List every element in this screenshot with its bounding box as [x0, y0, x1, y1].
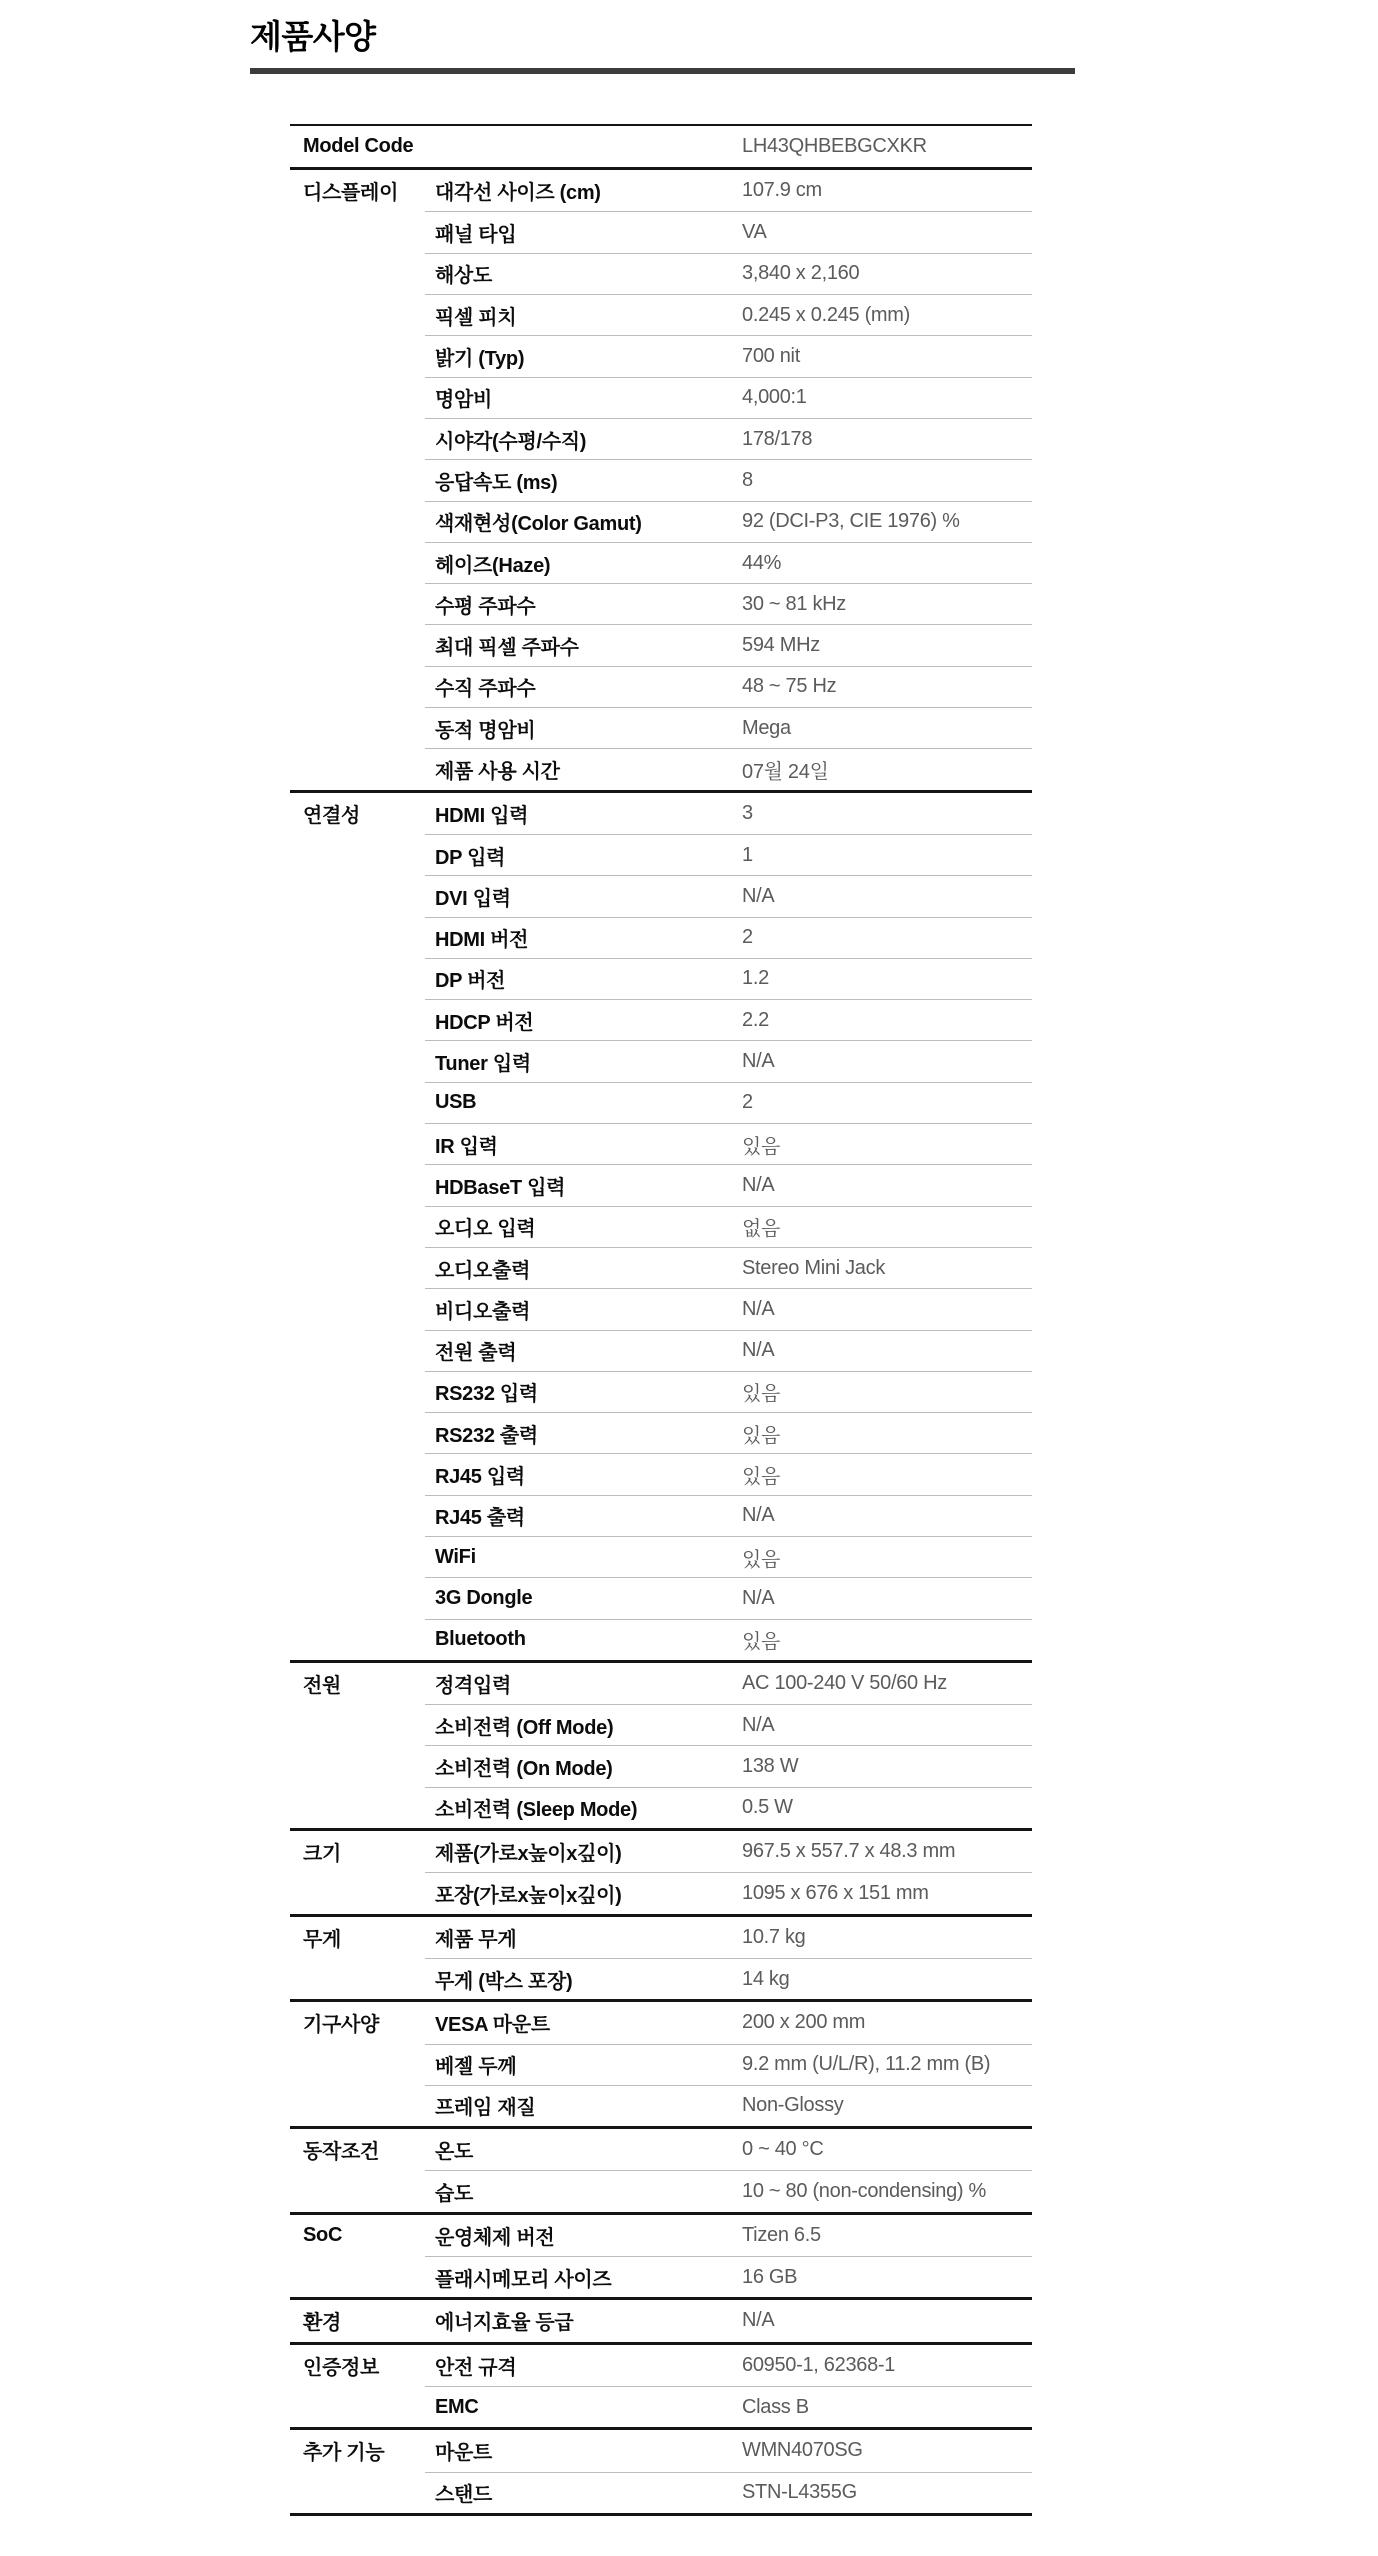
spec-value: 2	[742, 1082, 1032, 1123]
section-name	[290, 707, 425, 748]
spec-row: 비디오출력N/A	[290, 1288, 1032, 1329]
spec-value: 92 (DCI-P3, CIE 1976) %	[742, 501, 1032, 542]
spec-value: 1095 x 676 x 151 mm	[742, 1872, 1032, 1913]
spec-row: Bluetooth있음	[290, 1619, 1032, 1660]
spec-row: 소비전력 (Sleep Mode)0.5 W	[290, 1787, 1032, 1828]
section-name: 인증정보	[290, 2345, 425, 2386]
section-name	[290, 2170, 425, 2211]
spec-row: EMCClass B	[290, 2386, 1032, 2427]
spec-label: 제품 사용 시간	[425, 748, 742, 789]
spec-value: 594 MHz	[742, 624, 1032, 665]
spec-label: RJ45 입력	[425, 1453, 742, 1494]
spec-row: 오디오 입력없음	[290, 1206, 1032, 1247]
spec-label: 색재현성(Color Gamut)	[425, 501, 742, 542]
spec-label: 소비전력 (Off Mode)	[425, 1704, 742, 1745]
spec-value: N/A	[742, 1040, 1032, 1081]
spec-section: 연결성HDMI 입력3DP 입력1DVI 입력N/AHDMI 버전2DP 버전1…	[290, 790, 1032, 1660]
section-name: 디스플레이	[290, 170, 425, 211]
spec-row: 소비전력 (On Mode)138 W	[290, 1745, 1032, 1786]
section-name	[290, 2044, 425, 2085]
spec-value: 14 kg	[742, 1958, 1032, 1999]
spec-value: AC 100-240 V 50/60 Hz	[742, 1663, 1032, 1704]
spec-value: 44%	[742, 542, 1032, 583]
section-name	[290, 2256, 425, 2297]
spec-row: 전원 출력N/A	[290, 1330, 1032, 1371]
page-title: 제품사양	[250, 16, 1378, 59]
spec-value: 2.2	[742, 999, 1032, 1040]
spec-row: 동작조건온도0 ~ 40 °C	[290, 2129, 1032, 2170]
spec-label: 오디오출력	[425, 1247, 742, 1288]
section-name	[290, 418, 425, 459]
section-name	[290, 748, 425, 789]
spec-section: 디스플레이대각선 사이즈 (cm)107.9 cm패널 타입VA해상도3,840…	[290, 167, 1032, 789]
spec-label: 시야각(수평/수직)	[425, 418, 742, 459]
spec-value: 107.9 cm	[742, 170, 1032, 211]
spec-row: 동적 명암비Mega	[290, 707, 1032, 748]
spec-row: 프레임 재질Non-Glossy	[290, 2085, 1032, 2126]
spec-row: 디스플레이대각선 사이즈 (cm)107.9 cm	[290, 170, 1032, 211]
section-name	[290, 501, 425, 542]
section-name	[290, 958, 425, 999]
spec-value: N/A	[742, 2300, 1032, 2341]
spec-value: 있음	[742, 1123, 1032, 1164]
section-name: Model Code	[290, 126, 425, 167]
spec-value: 있음	[742, 1371, 1032, 1412]
spec-label: WiFi	[425, 1536, 742, 1577]
section-name	[290, 1619, 425, 1660]
spec-label: 정격입력	[425, 1663, 742, 1704]
spec-value: N/A	[742, 1495, 1032, 1536]
spec-section: 기구사양VESA 마운트200 x 200 mm베젤 두께9.2 mm (U/L…	[290, 1999, 1032, 2126]
section-name	[290, 1082, 425, 1123]
spec-value: 0.245 x 0.245 (mm)	[742, 294, 1032, 335]
spec-row: 전원정격입력AC 100-240 V 50/60 Hz	[290, 1663, 1032, 1704]
spec-value: STN-L4355G	[742, 2472, 1032, 2513]
spec-label: HDCP 버전	[425, 999, 742, 1040]
spec-label: 해상도	[425, 253, 742, 294]
section-name	[290, 1412, 425, 1453]
spec-value: 10 ~ 80 (non-condensing) %	[742, 2170, 1032, 2211]
spec-label: 픽셀 피치	[425, 294, 742, 335]
spec-label: 3G Dongle	[425, 1577, 742, 1618]
section-name: 무게	[290, 1917, 425, 1958]
spec-value: WMN4070SG	[742, 2430, 1032, 2471]
spec-row: DVI 입력N/A	[290, 875, 1032, 916]
spec-value: 9.2 mm (U/L/R), 11.2 mm (B)	[742, 2044, 1032, 2085]
spec-value: 0.5 W	[742, 1787, 1032, 1828]
spec-row: 포장(가로x높이x깊이)1095 x 676 x 151 mm	[290, 1872, 1032, 1913]
section-name	[290, 335, 425, 376]
spec-label: RS232 출력	[425, 1412, 742, 1453]
spec-label: 비디오출력	[425, 1288, 742, 1329]
spec-label: Tuner 입력	[425, 1040, 742, 1081]
spec-section: 추가 기능마운트WMN4070SG스탠드STN-L4355G	[290, 2427, 1032, 2513]
spec-row: RJ45 출력N/A	[290, 1495, 1032, 1536]
section-name	[290, 2386, 425, 2427]
section-name: 연결성	[290, 793, 425, 834]
spec-label: 습도	[425, 2170, 742, 2211]
spec-row: 기구사양VESA 마운트200 x 200 mm	[290, 2002, 1032, 2043]
spec-label: DP 입력	[425, 834, 742, 875]
spec-row: 명암비4,000:1	[290, 377, 1032, 418]
spec-row: 제품 사용 시간07월 24일	[290, 748, 1032, 789]
spec-label: RJ45 출력	[425, 1495, 742, 1536]
spec-value: Non-Glossy	[742, 2085, 1032, 2126]
spec-value: 8	[742, 459, 1032, 500]
spec-label: 제품 무게	[425, 1917, 742, 1958]
spec-section: 크기제품(가로x높이x깊이)967.5 x 557.7 x 48.3 mm포장(…	[290, 1828, 1032, 1914]
spec-label: 프레임 재질	[425, 2085, 742, 2126]
spec-section: SoC운영체제 버전Tizen 6.5플래시메모리 사이즈16 GB	[290, 2212, 1032, 2298]
section-name	[290, 999, 425, 1040]
spec-value: 48 ~ 75 Hz	[742, 666, 1032, 707]
spec-label: VESA 마운트	[425, 2002, 742, 2043]
spec-row: RS232 출력있음	[290, 1412, 1032, 1453]
spec-row: 인증정보안전 규격60950-1, 62368-1	[290, 2345, 1032, 2386]
spec-section: Model CodeLH43QHBEBGCXKR	[290, 124, 1032, 167]
spec-row: 오디오출력Stereo Mini Jack	[290, 1247, 1032, 1288]
spec-row: 색재현성(Color Gamut)92 (DCI-P3, CIE 1976) %	[290, 501, 1032, 542]
spec-value: 2	[742, 917, 1032, 958]
spec-value: 60950-1, 62368-1	[742, 2345, 1032, 2386]
spec-label: 헤이즈(Haze)	[425, 542, 742, 583]
spec-value: N/A	[742, 1330, 1032, 1371]
spec-value: N/A	[742, 1577, 1032, 1618]
spec-row: 밝기 (Typ)700 nit	[290, 335, 1032, 376]
spec-label: HDMI 버전	[425, 917, 742, 958]
spec-row: 3G DongleN/A	[290, 1577, 1032, 1618]
spec-row: 시야각(수평/수직)178/178	[290, 418, 1032, 459]
section-name	[290, 1453, 425, 1494]
spec-row: HDCP 버전2.2	[290, 999, 1032, 1040]
section-name	[290, 1787, 425, 1828]
spec-value: N/A	[742, 1704, 1032, 1745]
spec-value: 있음	[742, 1536, 1032, 1577]
spec-row: RJ45 입력있음	[290, 1453, 1032, 1494]
spec-row: WiFi있음	[290, 1536, 1032, 1577]
spec-label: 베젤 두께	[425, 2044, 742, 2085]
spec-row: DP 입력1	[290, 834, 1032, 875]
spec-label: EMC	[425, 2386, 742, 2427]
section-name	[290, 1872, 425, 1913]
spec-section: 전원정격입력AC 100-240 V 50/60 Hz소비전력 (Off Mod…	[290, 1660, 1032, 1828]
section-name	[290, 459, 425, 500]
section-name	[290, 1745, 425, 1786]
spec-label: HDMI 입력	[425, 793, 742, 834]
section-name	[290, 1288, 425, 1329]
spec-label: 포장(가로x높이x깊이)	[425, 1872, 742, 1913]
section-name	[290, 875, 425, 916]
spec-value: VA	[742, 211, 1032, 252]
spec-row: 습도10 ~ 80 (non-condensing) %	[290, 2170, 1032, 2211]
spec-value: 16 GB	[742, 2256, 1032, 2297]
spec-value: 있음	[742, 1453, 1032, 1494]
spec-value: 1.2	[742, 958, 1032, 999]
spec-label: 플래시메모리 사이즈	[425, 2256, 742, 2297]
spec-value: 07월 24일	[742, 748, 1032, 789]
spec-row: HDBaseT 입력N/A	[290, 1164, 1032, 1205]
spec-row: Model CodeLH43QHBEBGCXKR	[290, 126, 1032, 167]
spec-label: DP 버전	[425, 958, 742, 999]
section-name	[290, 834, 425, 875]
section-name	[290, 1577, 425, 1618]
spec-label: Bluetooth	[425, 1619, 742, 1660]
spec-label: 밝기 (Typ)	[425, 335, 742, 376]
spec-label: 응답속도 (ms)	[425, 459, 742, 500]
spec-row: 무게제품 무게10.7 kg	[290, 1917, 1032, 1958]
spec-label: 패널 타입	[425, 211, 742, 252]
spec-label: 동적 명암비	[425, 707, 742, 748]
section-name: 기구사양	[290, 2002, 425, 2043]
spec-label: 운영체제 버전	[425, 2215, 742, 2256]
spec-value: Tizen 6.5	[742, 2215, 1032, 2256]
spec-label: 수평 주파수	[425, 583, 742, 624]
spec-label: RS232 입력	[425, 1371, 742, 1412]
spec-row: Tuner 입력N/A	[290, 1040, 1032, 1081]
spec-value: 700 nit	[742, 335, 1032, 376]
section-name	[290, 583, 425, 624]
spec-value: N/A	[742, 1164, 1032, 1205]
spec-value: 200 x 200 mm	[742, 2002, 1032, 2043]
spec-label: 에너지효율 등급	[425, 2300, 742, 2341]
spec-value: Class B	[742, 2386, 1032, 2427]
spec-value: 있음	[742, 1619, 1032, 1660]
spec-row: 크기제품(가로x높이x깊이)967.5 x 557.7 x 48.3 mm	[290, 1831, 1032, 1872]
section-name	[290, 1330, 425, 1371]
spec-label: 최대 픽셀 주파수	[425, 624, 742, 665]
section-name	[290, 917, 425, 958]
spec-label: 전원 출력	[425, 1330, 742, 1371]
section-name	[290, 1247, 425, 1288]
spec-value: 3,840 x 2,160	[742, 253, 1032, 294]
section-name	[290, 1704, 425, 1745]
spec-value: 967.5 x 557.7 x 48.3 mm	[742, 1831, 1032, 1872]
section-name	[290, 1206, 425, 1247]
section-name	[290, 1958, 425, 1999]
spec-value: Stereo Mini Jack	[742, 1247, 1032, 1288]
product-spec-page: 제품사양 Model CodeLH43QHBEBGCXKR디스플레이대각선 사이…	[0, 0, 1378, 2516]
section-name: 환경	[290, 2300, 425, 2341]
spec-row: 스탠드STN-L4355G	[290, 2472, 1032, 2513]
section-name: 크기	[290, 1831, 425, 1872]
spec-row: 추가 기능마운트WMN4070SG	[290, 2430, 1032, 2471]
spec-row: 최대 픽셀 주파수594 MHz	[290, 624, 1032, 665]
spec-row: USB2	[290, 1082, 1032, 1123]
spec-label: USB	[425, 1082, 742, 1123]
spec-label: DVI 입력	[425, 875, 742, 916]
spec-row: 플래시메모리 사이즈16 GB	[290, 2256, 1032, 2297]
spec-row: 수직 주파수48 ~ 75 Hz	[290, 666, 1032, 707]
spec-value: LH43QHBEBGCXKR	[742, 126, 1032, 167]
section-name	[290, 624, 425, 665]
spec-section: 인증정보안전 규격60950-1, 62368-1EMCClass B	[290, 2342, 1032, 2428]
spec-label: 소비전력 (Sleep Mode)	[425, 1787, 742, 1828]
section-name	[290, 1536, 425, 1577]
spec-row: 베젤 두께9.2 mm (U/L/R), 11.2 mm (B)	[290, 2044, 1032, 2085]
section-name	[290, 1164, 425, 1205]
spec-label: HDBaseT 입력	[425, 1164, 742, 1205]
spec-row: IR 입력있음	[290, 1123, 1032, 1164]
spec-label: 소비전력 (On Mode)	[425, 1745, 742, 1786]
spec-value: 없음	[742, 1206, 1032, 1247]
spec-label: 오디오 입력	[425, 1206, 742, 1247]
section-name	[290, 1040, 425, 1081]
spec-table: Model CodeLH43QHBEBGCXKR디스플레이대각선 사이즈 (cm…	[290, 124, 1032, 2516]
spec-row: 소비전력 (Off Mode)N/A	[290, 1704, 1032, 1745]
spec-row: RS232 입력있음	[290, 1371, 1032, 1412]
spec-row: SoC운영체제 버전Tizen 6.5	[290, 2215, 1032, 2256]
spec-label	[425, 126, 742, 167]
spec-row: DP 버전1.2	[290, 958, 1032, 999]
spec-row: 환경에너지효율 등급N/A	[290, 2300, 1032, 2341]
section-name: 전원	[290, 1663, 425, 1704]
spec-label: 수직 주파수	[425, 666, 742, 707]
spec-value: Mega	[742, 707, 1032, 748]
spec-row: 응답속도 (ms)8	[290, 459, 1032, 500]
section-name	[290, 2472, 425, 2513]
spec-label: 무게 (박스 포장)	[425, 1958, 742, 1999]
spec-value: N/A	[742, 1288, 1032, 1329]
spec-row: 패널 타입VA	[290, 211, 1032, 252]
section-name	[290, 542, 425, 583]
spec-row: 해상도3,840 x 2,160	[290, 253, 1032, 294]
spec-value: 30 ~ 81 kHz	[742, 583, 1032, 624]
spec-section: 무게제품 무게10.7 kg무게 (박스 포장)14 kg	[290, 1914, 1032, 2000]
spec-section: 환경에너지효율 등급N/A	[290, 2297, 1032, 2341]
section-name	[290, 253, 425, 294]
spec-value: 10.7 kg	[742, 1917, 1032, 1958]
spec-value: 138 W	[742, 1745, 1032, 1786]
section-name	[290, 377, 425, 418]
spec-value: 0 ~ 40 °C	[742, 2129, 1032, 2170]
section-name	[290, 294, 425, 335]
spec-row: HDMI 버전2	[290, 917, 1032, 958]
spec-value: 4,000:1	[742, 377, 1032, 418]
spec-label: 마운트	[425, 2430, 742, 2471]
section-name: SoC	[290, 2215, 425, 2256]
section-name	[290, 211, 425, 252]
section-name	[290, 1371, 425, 1412]
title-underline	[250, 68, 1075, 74]
section-name	[290, 1123, 425, 1164]
spec-row: 수평 주파수30 ~ 81 kHz	[290, 583, 1032, 624]
spec-label: 대각선 사이즈 (cm)	[425, 170, 742, 211]
spec-value: 3	[742, 793, 1032, 834]
spec-value: 1	[742, 834, 1032, 875]
spec-label: 제품(가로x높이x깊이)	[425, 1831, 742, 1872]
spec-value: 있음	[742, 1412, 1032, 1453]
spec-value: 178/178	[742, 418, 1032, 459]
section-name: 추가 기능	[290, 2430, 425, 2471]
section-name	[290, 2085, 425, 2126]
spec-row: 연결성HDMI 입력3	[290, 793, 1032, 834]
spec-label: 스탠드	[425, 2472, 742, 2513]
spec-label: 안전 규격	[425, 2345, 742, 2386]
section-name: 동작조건	[290, 2129, 425, 2170]
spec-row: 무게 (박스 포장)14 kg	[290, 1958, 1032, 1999]
section-name	[290, 1495, 425, 1536]
spec-label: 온도	[425, 2129, 742, 2170]
spec-section: 동작조건온도0 ~ 40 °C습도10 ~ 80 (non-condensing…	[290, 2126, 1032, 2212]
spec-label: IR 입력	[425, 1123, 742, 1164]
section-name	[290, 666, 425, 707]
spec-value: N/A	[742, 875, 1032, 916]
spec-label: 명암비	[425, 377, 742, 418]
spec-row: 헤이즈(Haze)44%	[290, 542, 1032, 583]
spec-row: 픽셀 피치0.245 x 0.245 (mm)	[290, 294, 1032, 335]
